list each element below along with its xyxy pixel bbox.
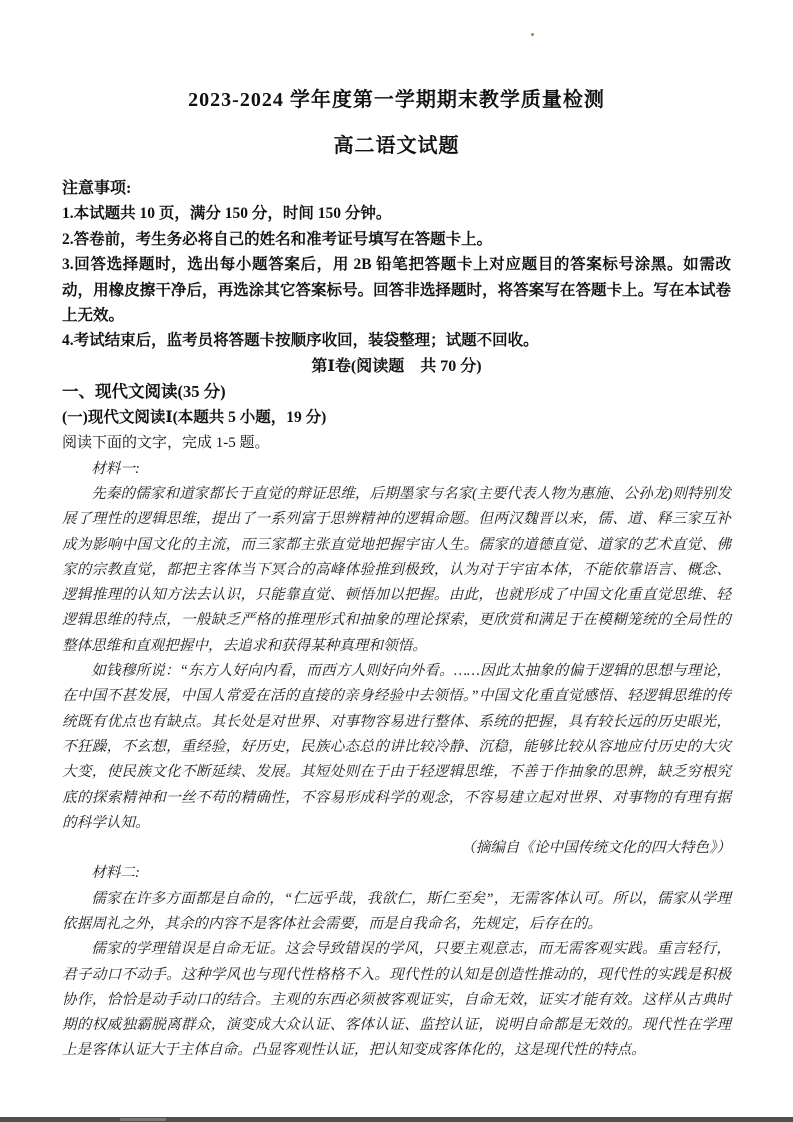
page-subtitle: 高二语文试题: [62, 132, 731, 160]
part-heading: 一、现代文阅读(35 分): [62, 379, 731, 405]
scan-artifact-dot: [531, 33, 534, 36]
notice-item: 4.考试结束后，监考员将答题卡按顺序收回，装袋整理；试题不回收。: [62, 328, 731, 353]
page-content: 2023-2024 学年度第一学期期末教学质量检测 高二语文试题 注意事项: 1…: [0, 0, 793, 1064]
material-2: 材料二: 儒家在许多方面都是自命的，“仁远乎哉，我欲仁，斯仁至矣”，无需客体认可…: [62, 861, 731, 1063]
notice-item: 3.回答选择题时，选出每小题答案后，用 2B 铅笔把答题卡上对应题目的答案标号涂…: [62, 252, 731, 328]
sub-heading: (一)现代文阅读Ⅰ(本题共 5 小题，19 分): [62, 405, 731, 431]
material-1-paragraph: 如钱穆所说：“东方人好向内看，而西方人则好向外看。……因此太抽象的偏于逻辑的思想…: [62, 659, 731, 836]
volume-heading: 第Ⅰ卷(阅读题 共 70 分): [62, 354, 731, 379]
reading-instruction: 阅读下面的文字，完成 1-5 题。: [62, 431, 731, 456]
footer-bar: [0, 1117, 793, 1122]
footer-bar-artifact: [120, 1118, 166, 1121]
notice-item: 1.本试题共 10 页，满分 150 分，时间 150 分钟。: [62, 201, 731, 226]
material-1-paragraph: 先秦的儒家和道家都长于直觉的辩证思维，后期墨家与名家(主要代表人物为惠施、公孙龙…: [62, 482, 731, 659]
material-1-label: 材料一:: [62, 457, 731, 482]
exam-paper-page: 2023-2024 学年度第一学期期末教学质量检测 高二语文试题 注意事项: 1…: [0, 0, 793, 1122]
material-1-attribution: （摘编自《论中国传统文化的四大特色》）: [62, 836, 731, 861]
material-2-label: 材料二:: [62, 861, 731, 886]
notice-item: 2.答卷前，考生务必将自己的姓名和准考证号填写在答题卡上。: [62, 227, 731, 252]
material-2-paragraph: 儒家在许多方面都是自命的，“仁远乎哉，我欲仁，斯仁至矣”，无需客体认可。所以，儒…: [62, 887, 731, 938]
material-1: 材料一: 先秦的儒家和道家都长于直觉的辩证思维，后期墨家与名家(主要代表人物为惠…: [62, 457, 731, 862]
page-title: 2023-2024 学年度第一学期期末教学质量检测: [62, 86, 731, 114]
notices-section: 注意事项: 1.本试题共 10 页，满分 150 分，时间 150 分钟。 2.…: [62, 176, 731, 354]
notices-heading: 注意事项:: [62, 176, 731, 201]
material-2-paragraph: 儒家的学理错误是自命无证。这会导致错误的学风，只要主观意志，而无需客观实践。重言…: [62, 937, 731, 1063]
